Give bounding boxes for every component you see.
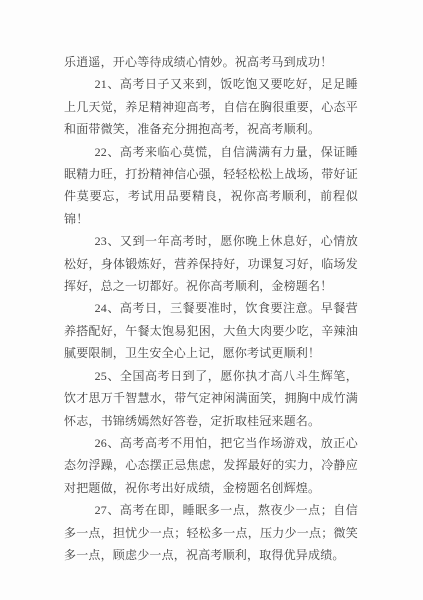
paragraph: 27、高考在即，睡眠多一点，熬夜少一点；自信多一点，担忧少一点；轻松多一点，压力… bbox=[64, 499, 358, 566]
paragraph: 23、又到一年高考时，愿你晚上休息好，心情放松好，身体锻炼好，营养保持好，功课复… bbox=[64, 230, 358, 297]
screenshot-root: { "document": { "kind": "scanned-text-pa… bbox=[0, 0, 423, 600]
paragraph: 22、高考来临心莫慌，自信满满有力量，保证睡眠精力旺，打扮精神信心强，轻轻松松上… bbox=[64, 141, 358, 231]
paragraph: 25、全国高考日到了，愿你执才高八斗生辉笔，饮才思万千智慧水，带气定神闲满面笑，… bbox=[64, 365, 358, 432]
paragraph: 乐逍遥，开心等待成绩心情妙。祝高考马到成功！ bbox=[64, 51, 358, 73]
paragraph: 26、高考高考不用怕，把它当作场游戏，放正心态勿浮躁，心态摆正忌焦虑，发挥最好的… bbox=[64, 432, 358, 499]
paragraph: 21、高考日子又来到，饭吃饱又要吃好，足足睡上几天觉，养足精神迎高考，自信在胸很… bbox=[64, 73, 358, 140]
document-body: 乐逍遥，开心等待成绩心情妙。祝高考马到成功！21、高考日子又来到，饭吃饱又要吃好… bbox=[64, 51, 358, 566]
document-page: 乐逍遥，开心等待成绩心情妙。祝高考马到成功！21、高考日子又来到，饭吃饱又要吃好… bbox=[0, 0, 423, 600]
paragraph: 24、高考日，三餐要准时，饮食要注意。早餐营养搭配好，午餐太饱易犯困，大鱼大肉要… bbox=[64, 297, 358, 364]
